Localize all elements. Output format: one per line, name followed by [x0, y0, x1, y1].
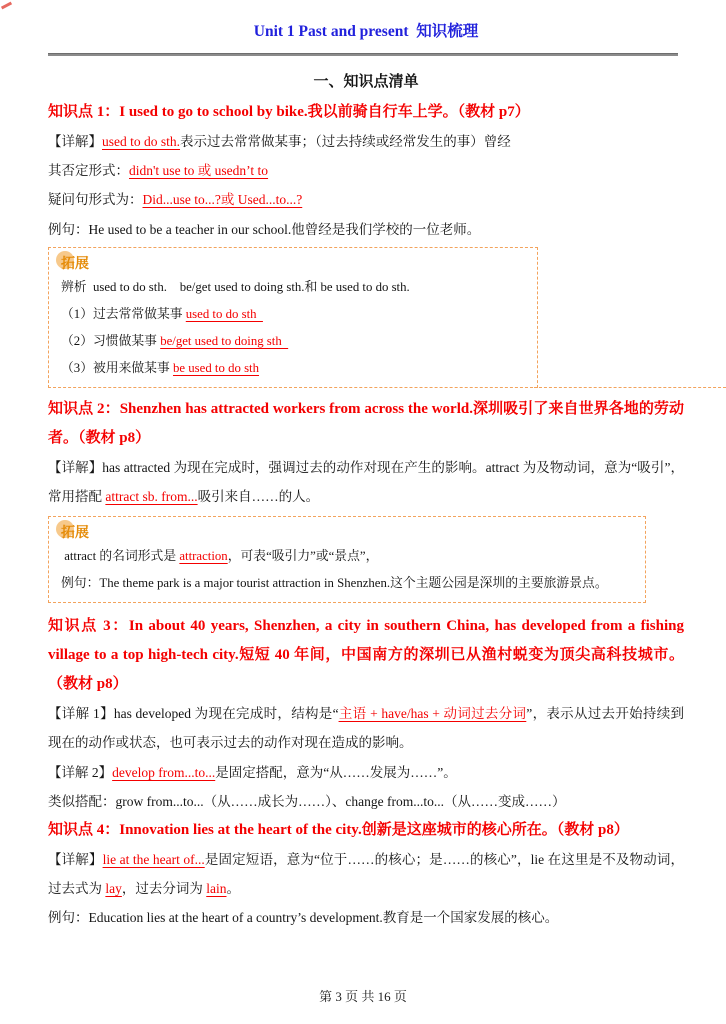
- phrase-negative-forms: didn't use to 或 usedn’t to: [129, 163, 268, 178]
- detail-label: 【详解】: [48, 134, 102, 149]
- phrase-question-forms: Did...use to...?或 Used...to...?: [143, 192, 303, 207]
- kp1-heading: 知识点 1：I used to go to school by bike.我以前…: [48, 98, 684, 127]
- kp3-detail1-line: 【详解 1】has developed 为现在完成时，结构是“主语 + have…: [48, 699, 684, 757]
- expansion-box2-title: 拓展: [61, 522, 89, 542]
- box1-item-1-phrase: used to do sth: [186, 307, 263, 321]
- document-page: Unit 1 Past and present 知识梳理 一、知识点清单 知识点…: [0, 0, 726, 1024]
- box1-item-3: （3）被用来做某事 be used to do sth: [61, 355, 527, 382]
- section-title: 一、知识点清单: [48, 71, 684, 93]
- header-divider: [48, 53, 678, 56]
- kp2-detail-line: 【详解】has attracted 为现在完成时，强调过去的动作对现在产生的影响…: [48, 453, 684, 511]
- kp4-heading: 知识点 4：Innovation lies at the heart of th…: [48, 816, 684, 845]
- expansion-box1-title: 拓展: [61, 253, 89, 273]
- box1-item-3-label: （3）被用来做某事: [61, 361, 173, 375]
- box1-item-3-phrase: be used to do sth: [173, 361, 259, 375]
- kp4-detail-end: 。: [227, 881, 241, 896]
- expansion-box1-wrap: 拓展 辨析 used to do sth. be/get used to doi…: [48, 247, 684, 388]
- box1-item-2-phrase: be/get used to doing sth: [160, 334, 288, 348]
- kp4-detail-mid2: ，过去分词为: [122, 881, 206, 896]
- box1-item-2-label: （2）习惯做某事: [61, 334, 160, 348]
- negative-label: 其否定形式：: [48, 163, 129, 178]
- box2-line1-post: ，可表“吸引力”或“景点”，: [228, 549, 379, 563]
- kp3-detail2-label: 【详解 2】: [48, 765, 112, 780]
- kp2-detail-text-end: 吸引来自……的人。: [198, 489, 320, 504]
- phrase-attraction: attraction: [179, 549, 227, 563]
- box1-intro-line: 辨析 used to do sth. be/get used to doing …: [61, 274, 527, 301]
- box1-bottom-extension-line: [534, 387, 726, 388]
- detail-text: 表示过去常常做某事；（过去持续或经常发生的事）曾经: [180, 134, 511, 149]
- kp2-heading: 知识点 2：Shenzhen has attracted workers fro…: [48, 395, 684, 453]
- kp1-detail-line: 【详解】used to do sth.表示过去常常做某事；（过去持续或经常发生的…: [48, 127, 684, 156]
- kp3-heading: 知识点 3：In about 40 years, Shenzhen, a cit…: [48, 612, 684, 699]
- expansion-label: 拓展: [61, 255, 89, 271]
- kp4-example-line: 例句：Education lies at the heart of a coun…: [48, 903, 684, 932]
- kp3-detail2-post: 是固定搭配，意为“从……发展为……”。: [215, 765, 456, 780]
- phrase-lie-at-the-heart-of: lie at the heart of...: [103, 852, 205, 867]
- doc-title: Unit 1 Past and present 知识梳理: [48, 22, 684, 42]
- phrase-used-to-do-sth: used to do sth.: [102, 134, 180, 149]
- box2-line1-pre: attract 的名词形式是: [61, 549, 179, 563]
- kp3-detail1-pre: 【详解 1】has developed 为现在完成时，结构是“: [48, 706, 339, 721]
- kp4-detail-line: 【详解】lie at the heart of...是固定短语，意为“位于……的…: [48, 845, 684, 903]
- kp3-detail2-line: 【详解 2】develop from...to...是固定搭配，意为“从……发展…: [48, 758, 684, 787]
- expansion-box1: 拓展 辨析 used to do sth. be/get used to doi…: [48, 247, 538, 388]
- page-number: 第 3 页 共 16 页: [0, 986, 726, 1005]
- phrase-attract-sb-from: attract sb. from...: [105, 489, 197, 504]
- phrase-lain: lain: [206, 881, 226, 896]
- expansion-box2: 拓展 attract 的名词形式是 attraction，可表“吸引力”或“景点…: [48, 516, 646, 603]
- kp1-question-line: 疑问句形式为：Did...use to...?或 Used...to...?: [48, 185, 684, 214]
- phrase-lay: lay: [105, 881, 122, 896]
- page-content: Unit 1 Past and present 知识梳理 一、知识点清单 知识点…: [0, 0, 726, 933]
- kp3-similar-line: 类似搭配：grow from...to...（从……成长为……）、change …: [48, 787, 684, 816]
- phrase-present-perfect-structure: 主语 + have/has + 动词过去分词: [339, 706, 527, 721]
- kp1-negative-line: 其否定形式：didn't use to 或 usedn’t to: [48, 156, 684, 185]
- question-label: 疑问句形式为：: [48, 192, 143, 207]
- box2-line1: attract 的名词形式是 attraction，可表“吸引力”或“景点”，: [61, 543, 635, 570]
- expansion-label: 拓展: [61, 524, 89, 540]
- box2-line2: 例句：The theme park is a major tourist att…: [61, 570, 635, 597]
- box1-item-2: （2）习惯做某事 be/get used to doing sth: [61, 328, 527, 355]
- kp1-example-line: 例句：He used to be a teacher in our school…: [48, 215, 684, 244]
- phrase-develop-from-to: develop from...to...: [112, 765, 215, 780]
- kp4-detail-label: 【详解】: [48, 852, 103, 867]
- box1-item-1-label: （1）过去常常做某事: [61, 307, 186, 321]
- box1-item-1: （1）过去常常做某事 used to do sth: [61, 301, 527, 328]
